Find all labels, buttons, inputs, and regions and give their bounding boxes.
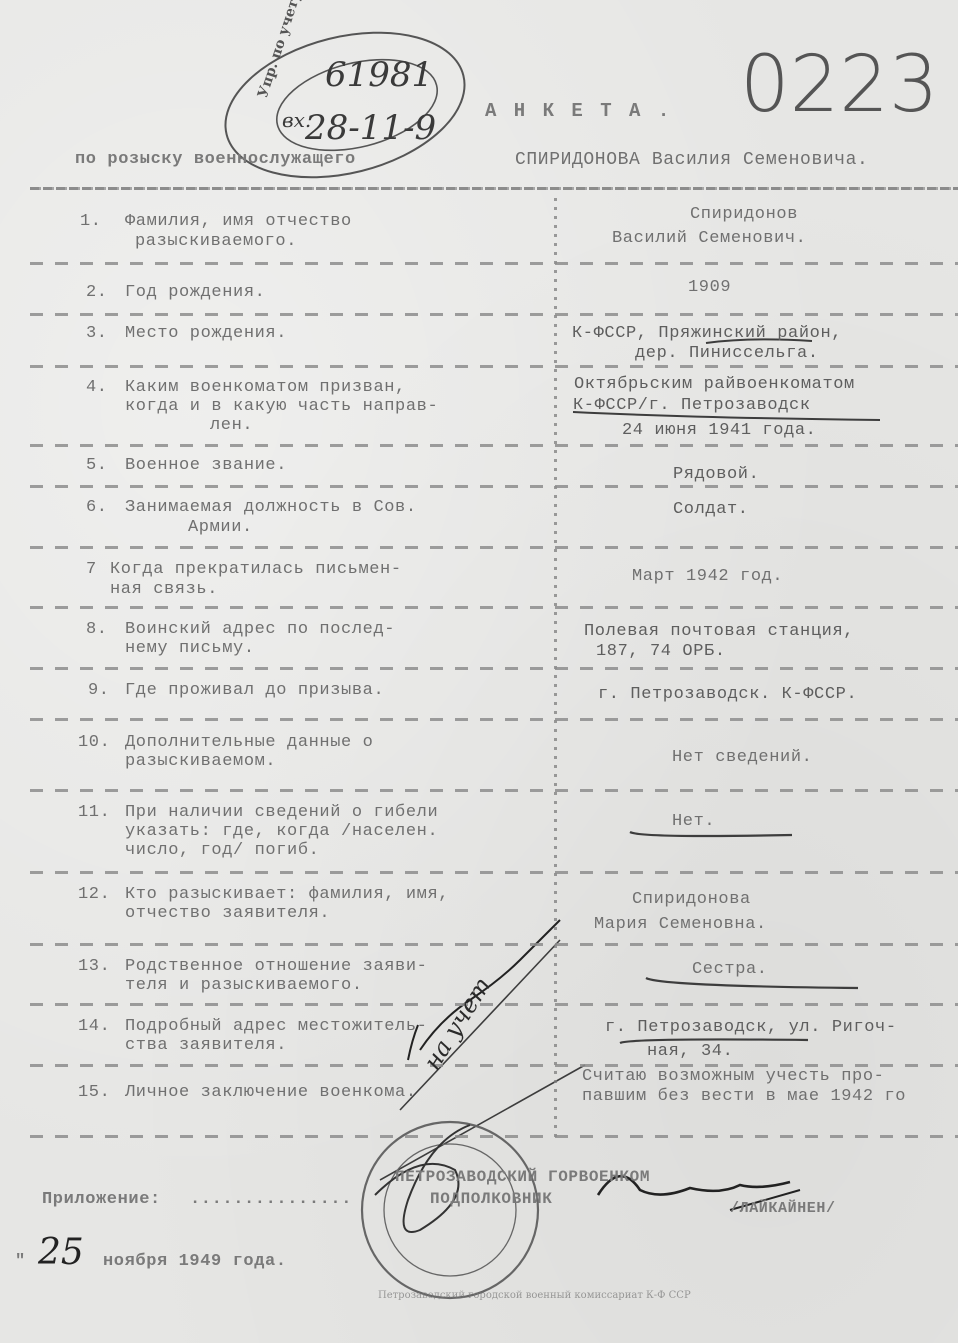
question-line: разыскиваемого. <box>135 232 297 251</box>
archive-number: 0223 <box>740 40 939 130</box>
answer-line: Считаю возможным учесть про- <box>582 1067 884 1086</box>
subtitle-right: СПИРИДОНОВА Василия Семеновича. <box>515 150 868 170</box>
row-separator <box>30 1003 958 1006</box>
row-number: 7 <box>86 560 97 579</box>
row-number: 2. <box>86 283 108 302</box>
answer-line: ная, 34. <box>647 1042 733 1061</box>
answer-line: г. Петрозаводск, ул. Ригоч- <box>605 1018 897 1037</box>
answer-line: 24 июня 1941 года. <box>622 421 816 440</box>
row-separator <box>30 606 958 609</box>
header-separator <box>30 187 958 190</box>
row-number: 12. <box>78 885 110 904</box>
row-number: 15. <box>78 1083 110 1102</box>
answer-line: Март 1942 год. <box>632 567 783 586</box>
row-separator <box>30 485 958 488</box>
row-separator <box>30 444 958 447</box>
question-line: ная связь. <box>110 580 218 599</box>
answer-line: Солдат. <box>673 500 749 519</box>
date-rest: ноября 1949 года. <box>103 1252 287 1271</box>
question-line: лен. <box>210 416 253 435</box>
row-number: 8. <box>86 620 108 639</box>
question-line: Армии. <box>188 518 253 537</box>
question-line: Дополнительные данные о <box>125 733 373 752</box>
question-line: Воинский адрес по послед- <box>125 620 395 639</box>
question-line: Кто разыскивает: фамилия, имя, <box>125 885 449 904</box>
question-line: отчество заявителя. <box>125 904 330 923</box>
row-separator <box>30 871 958 874</box>
attachment-dots: ............... <box>190 1190 352 1209</box>
question-line: теля и разыскиваемого. <box>125 976 363 995</box>
attachment-label: Приложение: <box>42 1190 161 1209</box>
signatory-rank: ПОДПОЛКОВНИК <box>430 1190 552 1208</box>
row-number: 3. <box>86 324 108 343</box>
registration-stamp <box>210 10 480 201</box>
registration-number: 61981 <box>325 55 433 95</box>
row-number: 13. <box>78 957 110 976</box>
answer-line: Спиридонова <box>632 890 751 909</box>
answer-line: Нет сведений. <box>672 748 812 767</box>
answer-line: Мария Семеновна. <box>594 915 767 934</box>
question-line: указать: где, когда /населен. <box>125 822 438 841</box>
question-line: Занимаемая должность в Сов. <box>125 498 417 517</box>
subtitle-left: по розыску военнослужащего <box>75 150 356 169</box>
question-line: Когда прекратилась письмен- <box>110 560 402 579</box>
answer-line: павшим без вести в мае 1942 го <box>582 1087 906 1106</box>
ink-overlay <box>0 0 958 1343</box>
answer-line: г. Петрозаводск. К-ФССР. <box>598 685 857 704</box>
answer-line: Рядовой. <box>673 465 759 484</box>
question-line: Подробный адрес местожитель- <box>125 1017 427 1036</box>
answer-line: Спиридонов <box>690 205 798 224</box>
question-line: Личное заключение военкома. <box>125 1083 417 1102</box>
official-stamp-text: Петрозаводский городской военный комисса… <box>378 1290 691 1301</box>
date-day-handwritten: 25 <box>38 1232 84 1273</box>
official-round-stamp <box>362 1122 538 1298</box>
row-separator <box>30 365 958 368</box>
question-line: число, год/ погиб. <box>125 841 319 860</box>
row-separator <box>30 262 958 265</box>
row-number: 4. <box>86 378 108 397</box>
question-line: Родственное отношение заяви- <box>125 957 427 976</box>
answer-line: К-ФССР, Пряжинский район, <box>572 324 842 343</box>
registration-date: 28-11-9 <box>305 108 436 148</box>
row-separator <box>30 1135 958 1138</box>
row-separator <box>30 313 958 316</box>
document-title: А Н К Е Т А . <box>485 100 672 122</box>
answer-line: К-ФССР/г. Петрозаводск <box>573 396 811 415</box>
question-line: Где проживал до призыва. <box>125 681 384 700</box>
signatory-title: ПЕТРОЗАВОДСКИЙ ГОРВОЕНКОМ <box>395 1168 650 1186</box>
answer-line: Нет. <box>672 812 715 831</box>
question-line: Место рождения. <box>125 324 287 343</box>
question-line: разыскиваемом. <box>125 752 276 771</box>
question-line: Фамилия, имя отчество <box>125 212 352 231</box>
question-line: Каким военкоматом призван, <box>125 378 406 397</box>
answer-line: Василий Семенович. <box>612 229 806 248</box>
row-separator <box>30 943 958 946</box>
signatory-name: /ЛАЙКАЙНЕН/ <box>730 1200 836 1217</box>
question-line: Военное звание. <box>125 456 287 475</box>
question-line: Год рождения. <box>125 283 265 302</box>
question-line: При наличии сведений о гибели <box>125 803 438 822</box>
row-number: 1. <box>80 212 102 231</box>
row-number: 14. <box>78 1017 110 1036</box>
row-number: 5. <box>86 456 108 475</box>
question-line: ства заявителя. <box>125 1036 287 1055</box>
answer-line: Полевая почтовая станция, <box>584 622 854 641</box>
answer-line: 187, 74 ОРБ. <box>596 642 726 661</box>
answer-line: 1909 <box>688 278 731 297</box>
row-number: 11. <box>78 803 110 822</box>
row-separator <box>30 718 958 721</box>
document-page: Упр. по учету погибш. и пропавш. без вес… <box>0 0 958 1343</box>
row-separator <box>30 789 958 792</box>
row-number: 9. <box>88 681 110 700</box>
answer-line: дер. Пиниссельга. <box>635 344 819 363</box>
row-separator <box>30 667 958 670</box>
question-line: нему письму. <box>125 639 255 658</box>
answer-line: Октябрьским райвоенкоматом <box>574 375 855 394</box>
row-number: 6. <box>86 498 108 517</box>
row-number: 10. <box>78 733 110 752</box>
date-quote: " <box>15 1252 26 1271</box>
question-line: когда и в какую часть направ- <box>125 397 438 416</box>
row-separator <box>30 546 958 549</box>
answer-line: Сестра. <box>692 960 768 979</box>
